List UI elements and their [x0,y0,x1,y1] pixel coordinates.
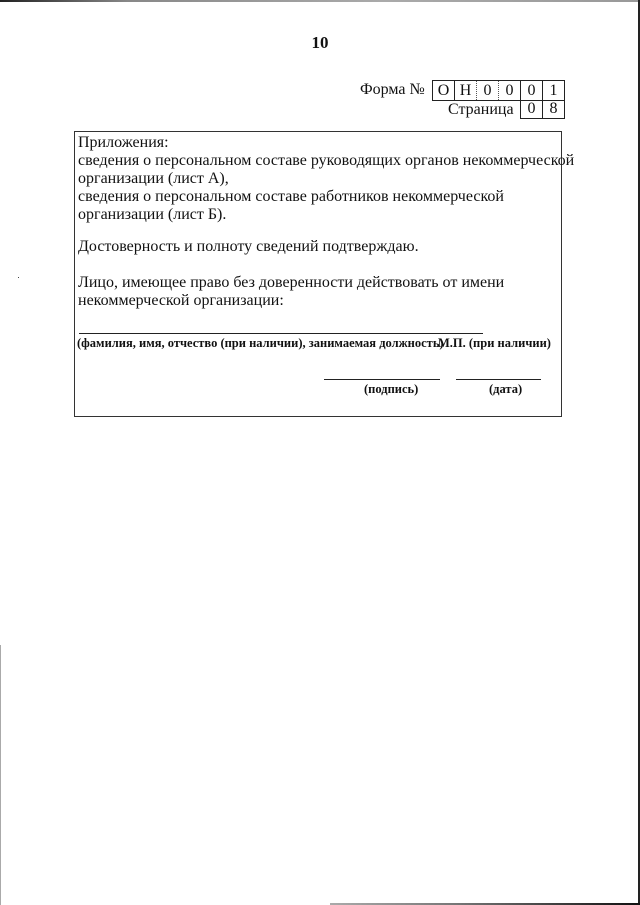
attachment-line: организации (лист Б). [78,206,226,224]
declaration-box: Приложения: сведения о персональном сост… [74,131,562,417]
name-position-caption: (фамилия, имя, отчество (при наличии), з… [77,336,444,350]
confirmation-statement: Достоверность и полноту сведений подтвер… [78,238,419,256]
form-code-cell: 0 [477,81,499,100]
date-caption: (дата) [489,382,522,396]
page-number: 10 [300,33,340,53]
signature-line[interactable] [324,379,440,380]
signature-caption: (подпись) [364,382,418,396]
form-code-cell: О [433,81,455,100]
form-code-cell: 0 [521,81,543,100]
form-code-cell: 1 [543,81,565,100]
attachments-heading: Приложения: [78,134,169,152]
attachment-line: организации (лист А), [78,170,229,188]
attachment-line: сведения о персональном составе работник… [78,188,504,206]
scan-edge-top [0,0,638,2]
page-cell: 8 [543,99,565,118]
name-position-signature-line[interactable] [79,333,483,334]
form-code-cell: 0 [499,81,521,100]
scan-edge-left [0,645,1,905]
form-code-cell: Н [455,81,477,100]
scan-speck [18,277,19,278]
stamp-caption: М.П. (при наличии) [438,336,551,350]
form-number-label: Форма № [360,80,425,100]
form-number-grid: О Н 0 0 0 1 [432,80,565,101]
authorized-person-line: некоммерческой организации: [78,292,284,310]
authorized-person-line: Лицо, имеющее право без доверенности дей… [78,274,504,292]
page-number-grid: 0 8 [520,99,565,119]
date-line[interactable] [456,379,541,380]
attachment-line: сведения о персональном составе руководя… [78,152,574,170]
page-label: Страница [448,100,514,119]
page-cell: 0 [521,99,543,118]
